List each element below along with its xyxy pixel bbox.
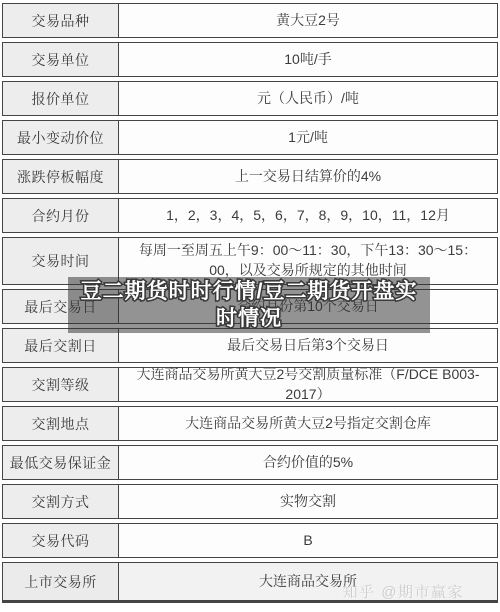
row-label: 交易代码	[3, 524, 119, 557]
row-label: 合约月份	[3, 199, 119, 232]
row-label: 报价单位	[3, 82, 119, 115]
row-value: 1元/吨	[119, 121, 497, 154]
table-row: 交易代码 B	[2, 523, 498, 558]
row-value: 最后交易日后第3个交易日	[119, 329, 497, 362]
table-row: 交易品种 黄大豆2号	[2, 3, 498, 38]
zhihu-watermark: 知乎 @期市赢家	[343, 581, 464, 602]
caption-overlay: 豆二期货时时行情/豆二期货开盘实 时情况	[68, 277, 430, 333]
table-row: 报价单位 元（人民币）/吨	[2, 81, 498, 116]
table-row: 最低交易保证金 合约价值的5%	[2, 445, 498, 480]
row-value: 元（人民币）/吨	[119, 82, 497, 115]
row-value: 实物交割	[119, 485, 497, 518]
row-value: B	[119, 524, 497, 557]
row-label: 交割地点	[3, 407, 119, 440]
row-value: 10吨/手	[119, 43, 497, 76]
row-value: 大连商品交易所黄大豆2号指定交割仓库	[119, 407, 497, 440]
table-row: 涨跌停板幅度 上一交易日结算价的4%	[2, 159, 498, 194]
caption-line-1: 豆二期货时时行情/豆二期货开盘实	[81, 278, 418, 305]
row-label: 涨跌停板幅度	[3, 160, 119, 193]
row-value: 1，2，3，4，5，6，7，8，9，10，11，12月	[119, 199, 497, 232]
row-label: 交易品种	[3, 4, 119, 37]
row-label: 交割方式	[3, 485, 119, 518]
row-value: 黄大豆2号	[119, 4, 497, 37]
row-label: 交易单位	[3, 43, 119, 76]
table-row: 最后交割日 最后交易日后第3个交易日	[2, 328, 498, 363]
row-value: 大连商品交易所黄大豆2号交割质量标准（F/DCE B003-2017）	[119, 368, 497, 401]
row-label: 最低交易保证金	[3, 446, 119, 479]
table-row: 最小变动价位 1元/吨	[2, 120, 498, 155]
row-label: 最小变动价位	[3, 121, 119, 154]
table-row: 交割方式 实物交割	[2, 484, 498, 519]
caption-line-2: 时情况	[216, 305, 282, 332]
row-label: 最后交割日	[3, 329, 119, 362]
table-row: 合约月份 1，2，3，4，5，6，7，8，9，10，11，12月	[2, 198, 498, 233]
table-row: 交割地点 大连商品交易所黄大豆2号指定交割仓库	[2, 406, 498, 441]
row-value: 合约价值的5%	[119, 446, 497, 479]
screenshot-stage: 交易品种 黄大豆2号 交易单位 10吨/手 报价单位 元（人民币）/吨 最小变动…	[0, 0, 500, 612]
table-row: 交易单位 10吨/手	[2, 42, 498, 77]
table-row: 交割等级 大连商品交易所黄大豆2号交割质量标准（F/DCE B003-2017）	[2, 367, 498, 402]
row-label: 上市交易所	[3, 563, 119, 600]
row-value: 上一交易日结算价的4%	[119, 160, 497, 193]
row-label: 交割等级	[3, 368, 119, 401]
